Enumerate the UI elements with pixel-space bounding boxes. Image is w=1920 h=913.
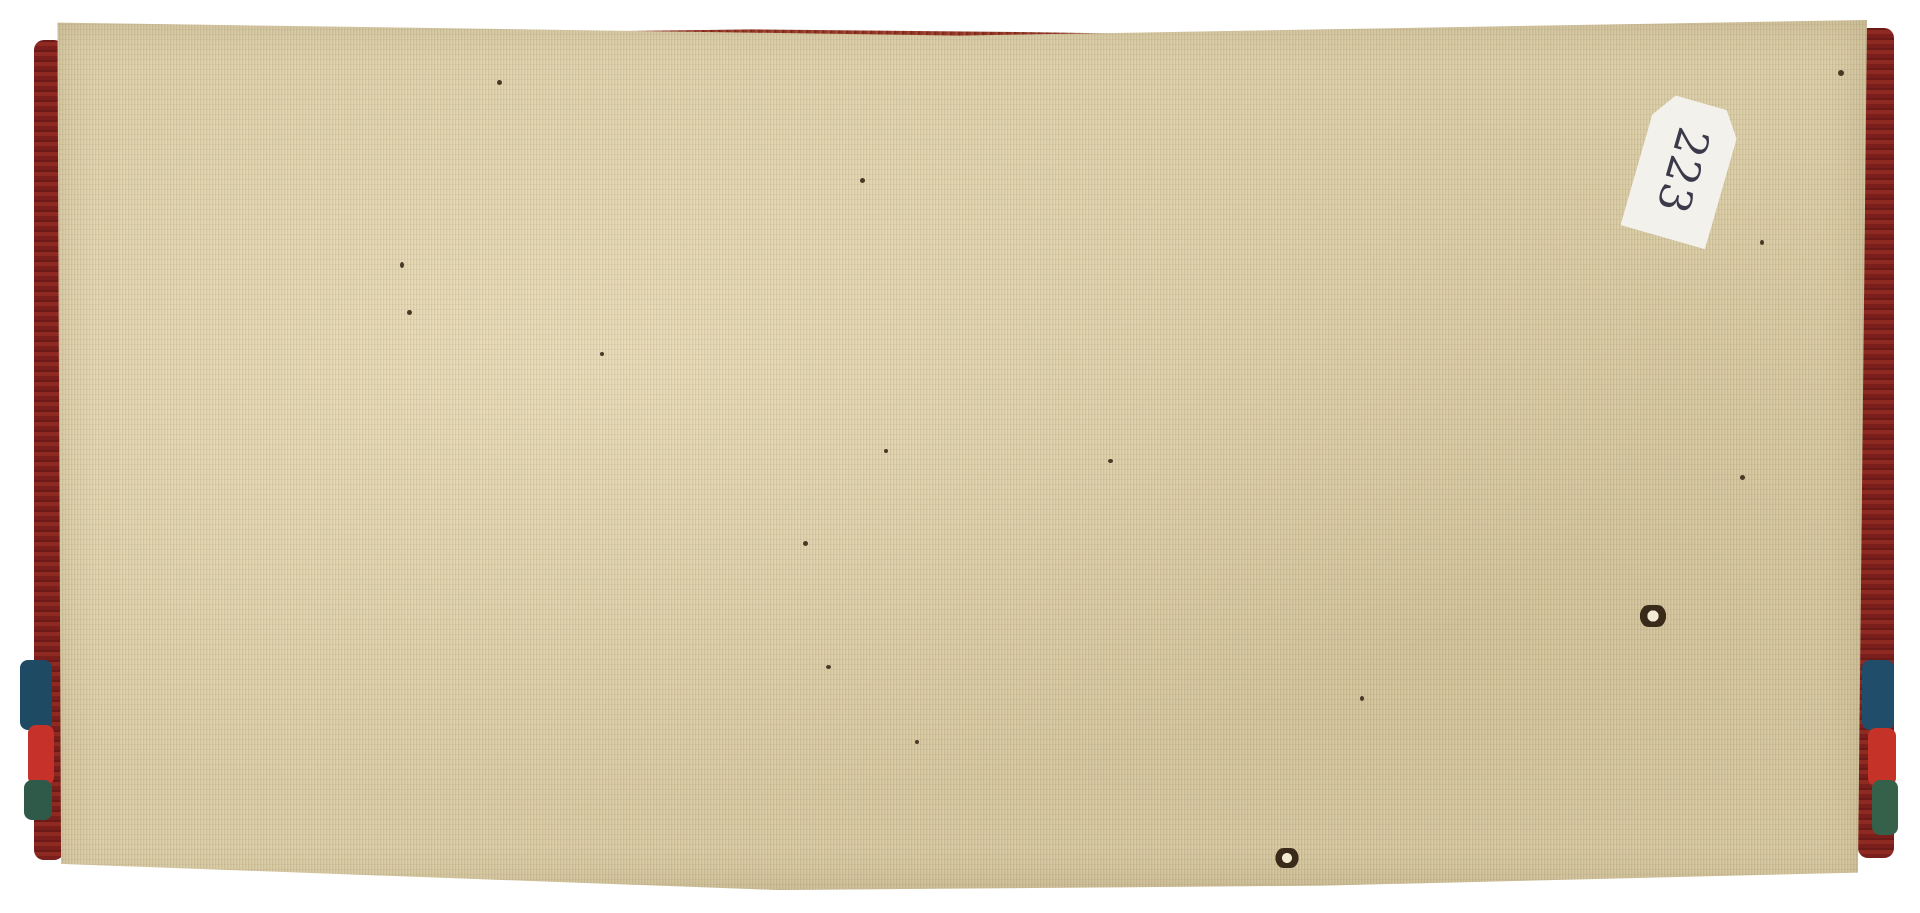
weave-fleck (1108, 459, 1113, 463)
textile-photo: 223 (0, 0, 1920, 913)
right-green-wrap (1872, 780, 1898, 835)
weave-fleck (1740, 475, 1745, 480)
left-green-wrap (24, 780, 52, 820)
weave-fleck (803, 541, 808, 546)
weave-fleck (860, 178, 865, 183)
weave-fleck (1760, 240, 1764, 245)
left-red-wrap (28, 725, 54, 785)
right-blue-wrap (1862, 660, 1894, 730)
weave-hole (1638, 605, 1668, 627)
woven-cream-field (52, 20, 1867, 890)
weave-fleck (915, 740, 919, 744)
weave-fleck (1838, 70, 1844, 76)
weave-fleck (497, 80, 502, 85)
lot-number-label: 223 (1645, 121, 1718, 219)
right-red-wrap (1868, 728, 1896, 786)
weave-fleck (1360, 696, 1364, 701)
weave-fleck (826, 665, 831, 669)
weave-fleck (600, 352, 604, 356)
weave-fleck (400, 262, 404, 268)
weave-fleck (407, 310, 412, 315)
weave-hole (1274, 848, 1300, 868)
left-blue-wrap (20, 660, 52, 730)
weave-fleck (884, 449, 888, 453)
